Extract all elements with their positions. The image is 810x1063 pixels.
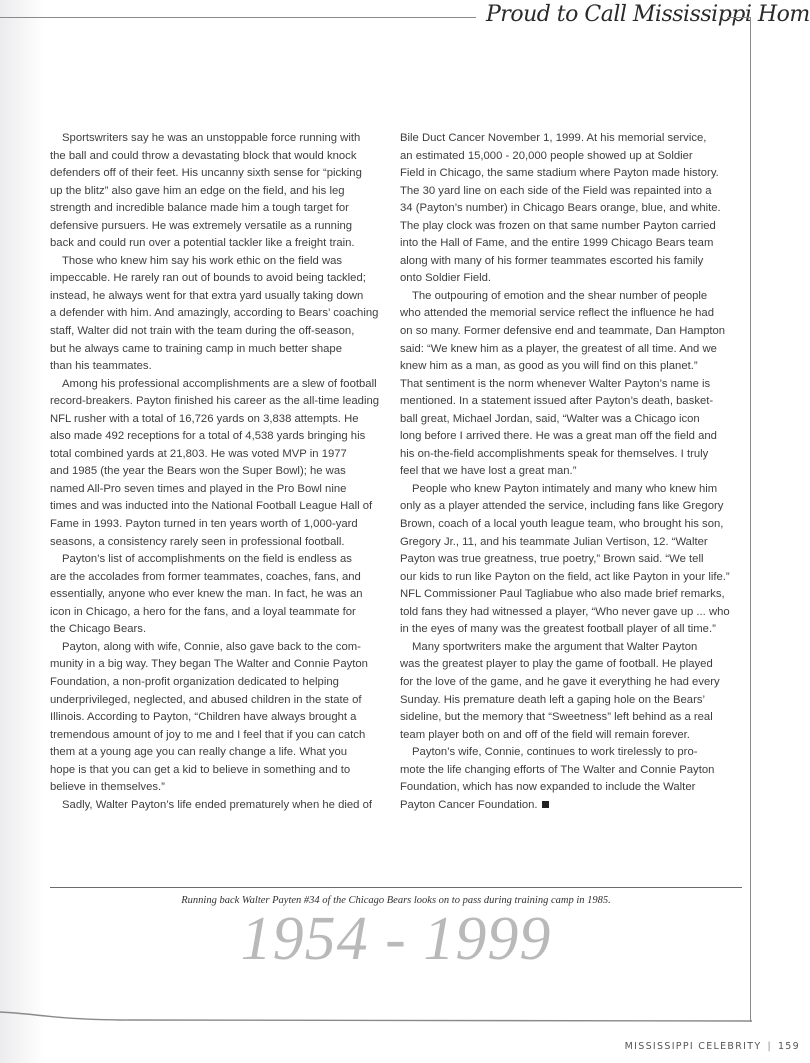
text-line: Brown, coach of a local youth league tea… <box>400 516 740 534</box>
text-line: The play clock was frozen on that same n… <box>400 218 740 236</box>
text-line: seasons, a consistency rarely seen in pr… <box>50 534 380 552</box>
text-line: Payton was true greatness, true poetry,”… <box>400 551 740 569</box>
text-line: are the accolades from former teammates,… <box>50 569 380 587</box>
text-line: told fans they had witnessed a player, “… <box>400 604 740 622</box>
text-line: NFL Commissioner Paul Tagliabue who also… <box>400 586 740 604</box>
text-line: impeccable. He rarely ran out of bounds … <box>50 270 380 288</box>
text-line: a defender with him. And amazingly, acco… <box>50 305 380 323</box>
text-line: Sportswriters say he was an unstoppable … <box>50 130 380 148</box>
frame-right-rule <box>750 17 751 1022</box>
article-paragraph: Payton’s wife, Connie, continues to work… <box>400 744 740 814</box>
text-line: on so many. Former defensive end and tea… <box>400 323 740 341</box>
text-line: up the blitz” also gave him an edge on t… <box>50 183 380 201</box>
text-line: icon in Chicago, a hero for the fans, an… <box>50 604 380 622</box>
text-line: than his teammates. <box>50 358 380 376</box>
text-line: Field in Chicago, the same stadium where… <box>400 165 740 183</box>
text-line: an estimated 15,000 - 20,000 people show… <box>400 148 740 166</box>
text-line: Sadly, Walter Payton’s life ended premat… <box>50 797 380 815</box>
text-line: also made 492 receptions for a total of … <box>50 428 380 446</box>
header-rule-right <box>727 17 750 18</box>
text-line: knew him as a man, as good as you will f… <box>400 358 740 376</box>
text-line: feel that we have lost a great man.” <box>400 463 740 481</box>
text-line: the ball and could throw a devastating b… <box>50 148 380 166</box>
text-line: tremendous amount of joy to me and I fee… <box>50 727 380 745</box>
text-line: and 1985 (the year the Bears won the Sup… <box>50 463 380 481</box>
text-line: strength and incredible balance made him… <box>50 200 380 218</box>
article-paragraph: The outpouring of emotion and the shear … <box>400 288 740 481</box>
text-line: Among his professional accomplishments a… <box>50 376 380 394</box>
article-left-column: Sportswriters say he was an unstoppable … <box>50 130 380 814</box>
text-line: them at a young age you can really chang… <box>50 744 380 762</box>
publication-name: MISSISSIPPI CELEBRITY <box>625 1041 762 1052</box>
text-line: Those who knew him say his work ethic on… <box>50 253 380 271</box>
text-line: who attended the memorial service reflec… <box>400 305 740 323</box>
text-line: defenders off of their feet. His uncanny… <box>50 165 380 183</box>
text-line: Many sportwriters make the argument that… <box>400 639 740 657</box>
caption-rule <box>50 887 742 888</box>
article-paragraph: People who knew Payton intimately and ma… <box>400 481 740 639</box>
text-line: said: “We knew him as a player, the grea… <box>400 341 740 359</box>
text-line: was the greatest player to play the game… <box>400 656 740 674</box>
text-line: staff, Walter did not train with the tea… <box>50 323 380 341</box>
text-line: along with many of his former teammates … <box>400 253 740 271</box>
text-line: Payton Cancer Foundation. <box>400 797 740 815</box>
life-years-heading: 1954 - 1999 <box>50 904 742 974</box>
text-line: underprivileged, neglected, and abused c… <box>50 692 380 710</box>
article-paragraph: Sportswriters say he was an unstoppable … <box>50 130 380 253</box>
text-line: Payton’s list of accomplishments on the … <box>50 551 380 569</box>
article-paragraph: Sadly, Walter Payton’s life ended premat… <box>50 797 380 815</box>
text-line: for the love of the game, and he gave it… <box>400 674 740 692</box>
text-line: the Chicago Bears. <box>50 621 380 639</box>
text-line: NFL rusher with a total of 16,726 yards … <box>50 411 380 429</box>
text-line: record-breakers. Payton finished his car… <box>50 393 380 411</box>
text-line: Sunday. His premature death left a gapin… <box>400 692 740 710</box>
text-line: munity in a big way. They began The Walt… <box>50 656 380 674</box>
text-line: times and was inducted into the National… <box>50 498 380 516</box>
text-line: ball great, Michael Jordan, said, “Walte… <box>400 411 740 429</box>
text-line: mote the life changing efforts of The Wa… <box>400 762 740 780</box>
header-rule-left <box>0 17 476 18</box>
text-line: That sentiment is the norm whenever Walt… <box>400 376 740 394</box>
text-line: in the eyes of many was the greatest foo… <box>400 621 740 639</box>
text-line: but he always came to training camp in m… <box>50 341 380 359</box>
frame-bottom-rule <box>0 1010 752 1024</box>
text-line: mentioned. In a statement issued after P… <box>400 393 740 411</box>
text-line: back and could run over a potential tack… <box>50 235 380 253</box>
text-line: long before I arrived there. He was a gr… <box>400 428 740 446</box>
text-line: only as a player attended the service, i… <box>400 498 740 516</box>
text-line: defensive pursuers. He was extremely ver… <box>50 218 380 236</box>
article-paragraph: Bile Duct Cancer November 1, 1999. At hi… <box>400 130 740 288</box>
text-line: The outpouring of emotion and the shear … <box>400 288 740 306</box>
text-line: hope is that you can get a kid to believ… <box>50 762 380 780</box>
text-line: 34 (Payton’s number) in Chicago Bears or… <box>400 200 740 218</box>
page-footer: MISSISSIPPI CELEBRITY|159 <box>560 1041 800 1052</box>
text-line: our kids to run like Payton on the field… <box>400 569 740 587</box>
text-line: his on-the-field accomplishments speak f… <box>400 446 740 464</box>
text-line: Foundation, a non-profit organization de… <box>50 674 380 692</box>
text-line: Payton’s wife, Connie, continues to work… <box>400 744 740 762</box>
article-right-column: Bile Duct Cancer November 1, 1999. At hi… <box>400 130 740 814</box>
text-line: Illinois. According to Payton, “Children… <box>50 709 380 727</box>
text-line: onto Soldier Field. <box>400 270 740 288</box>
text-line: People who knew Payton intimately and ma… <box>400 481 740 499</box>
end-square-icon <box>542 801 549 808</box>
text-line: named All-Pro seven times and played in … <box>50 481 380 499</box>
text-line: Bile Duct Cancer November 1, 1999. At hi… <box>400 130 740 148</box>
text-line: instead, he always went for that extra y… <box>50 288 380 306</box>
text-line: into the Hall of Fame, and the entire 19… <box>400 235 740 253</box>
page-number: 159 <box>778 1041 800 1052</box>
text-line: Payton, along with wife, Connie, also ga… <box>50 639 380 657</box>
text-line: The 30 yard line on each side of the Fie… <box>400 183 740 201</box>
article-paragraph: Many sportwriters make the argument that… <box>400 639 740 744</box>
text-line: Gregory Jr., 11, and his teammate Julian… <box>400 534 740 552</box>
text-line: total combined yards at 21,803. He was v… <box>50 446 380 464</box>
article-paragraph: Those who knew him say his work ethic on… <box>50 253 380 376</box>
text-line: team player both on and off of the field… <box>400 727 740 745</box>
text-line: sideline, but the memory that “Sweetness… <box>400 709 740 727</box>
text-line: essentially, anyone who ever knew the ma… <box>50 586 380 604</box>
article-paragraph: Payton, along with wife, Connie, also ga… <box>50 639 380 797</box>
article-paragraph: Among his professional accomplishments a… <box>50 376 380 551</box>
text-line: believe in themselves.” <box>50 779 380 797</box>
text-line: Foundation, which has now expanded to in… <box>400 779 740 797</box>
footer-separator: | <box>767 1041 772 1052</box>
article-paragraph: Payton’s list of accomplishments on the … <box>50 551 380 639</box>
text-line: Fame in 1993. Payton turned in ten years… <box>50 516 380 534</box>
section-header-title: Proud to Call Mississippi Home <box>486 2 722 27</box>
page-gutter-shadow <box>0 0 45 1063</box>
